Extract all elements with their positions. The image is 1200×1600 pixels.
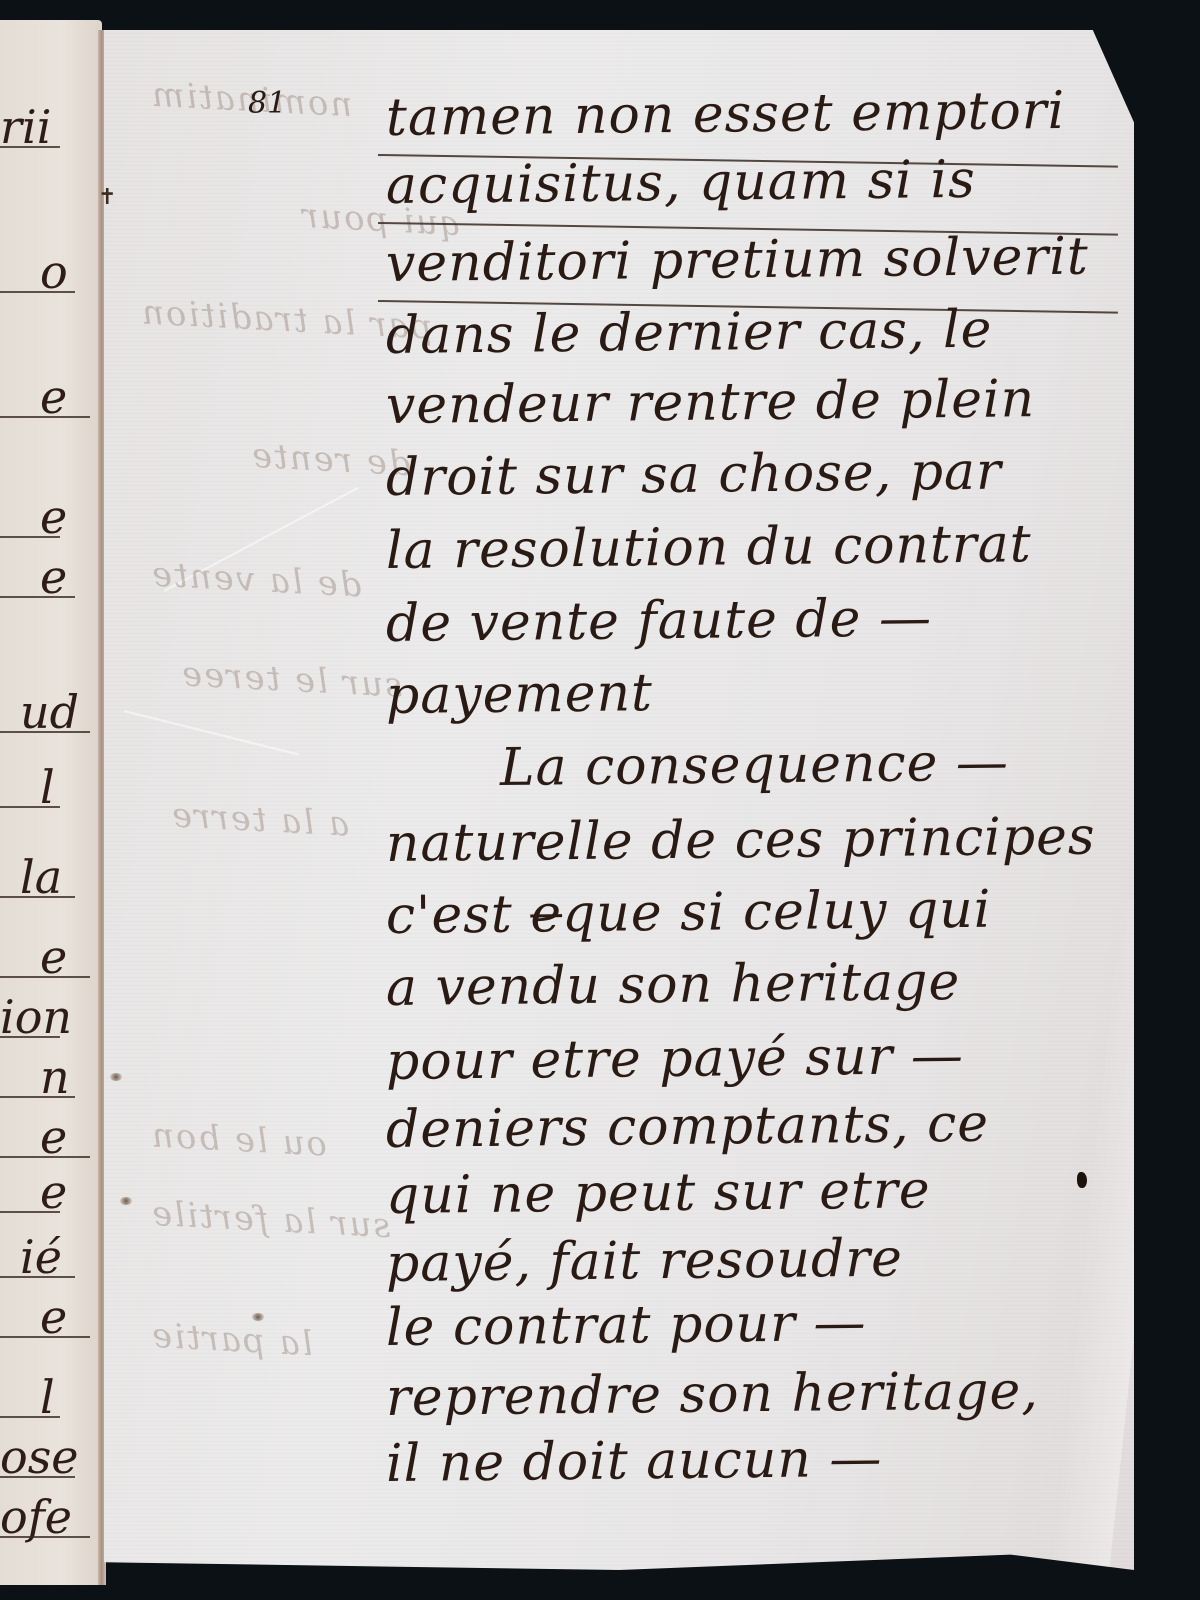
manuscript-line: reprendre son heritage,: [386, 1365, 1039, 1424]
manuscript-line: payé, fait resoudre: [386, 1233, 903, 1290]
manuscript-line: venditori pretium solverit: [386, 231, 1089, 290]
left-page-line-tail: [0, 1156, 90, 1158]
line-text: que si celuy qui: [562, 880, 992, 944]
left-page-line-tail: [0, 1096, 75, 1098]
left-page-line-tail: [0, 596, 75, 598]
manuscript-line: pour etre payé sur —: [386, 1030, 964, 1088]
left-page-line-tail: [0, 1036, 60, 1038]
page-number: 81: [248, 86, 286, 121]
manuscript-line: La consequence —: [500, 737, 1009, 794]
manuscript-line: vendeur rentre de plein: [386, 373, 1036, 432]
left-page-line-tail: [0, 291, 75, 293]
left-page-line-tail: [0, 1276, 75, 1278]
left-page-line-tail: [0, 1476, 75, 1478]
manuscript-line: naturelle de ces principes: [386, 811, 1096, 870]
left-page-line-tail: [0, 146, 60, 148]
left-page-line-tail: [0, 1211, 60, 1213]
manuscript-line: deniers comptants, ce: [386, 1098, 989, 1156]
manuscript-line: c'est eque si celuy qui: [386, 884, 992, 942]
manuscript-line: il ne doit aucun —: [386, 1433, 883, 1490]
left-page-line-tail: [0, 1536, 90, 1538]
left-page-line-tail: [0, 806, 60, 808]
stitch-hole: [110, 1073, 122, 1081]
left-page-line-tail: [0, 536, 60, 538]
ink-blot: [1077, 1172, 1087, 1188]
left-page-line-tail: [0, 1336, 90, 1338]
manuscript-line: acquisitus, quam si is: [386, 154, 976, 212]
manuscript-line: qui ne peut sur etre: [386, 1164, 931, 1222]
manuscript-photo: nominatimqui pourpar la traditionde rent…: [0, 0, 1200, 1600]
manuscript-line: dans le dernier cas, le: [386, 304, 993, 362]
gutter-cross-mark: ✝: [98, 185, 116, 210]
manuscript-line: la resolution du contrat: [386, 518, 1032, 577]
paper-crease: [124, 710, 299, 755]
left-page-line-tail: [0, 416, 90, 418]
manuscript-line: payement: [386, 667, 653, 722]
manuscript-line: a vendu son heritage: [386, 956, 961, 1014]
manuscript-line: de vente faute de —: [386, 592, 932, 650]
manuscript-line: le contrat pour —: [386, 1297, 867, 1354]
line-text: c'est: [386, 884, 531, 946]
struck-out-letter: e: [530, 884, 562, 944]
stitch-hole: [120, 1197, 132, 1205]
manuscript-line: tamen non esset emptori: [386, 85, 1066, 144]
left-page-line-tail: [0, 731, 90, 733]
bleed-through-text: la partie: [149, 1316, 314, 1364]
left-page-line-tail: [0, 1416, 60, 1418]
stitch-hole: [252, 1313, 264, 1321]
manuscript-line: droit sur sa chose, par: [386, 446, 1002, 504]
left-page-line-tail: [0, 896, 75, 898]
left-page-line-tail: [0, 976, 90, 978]
